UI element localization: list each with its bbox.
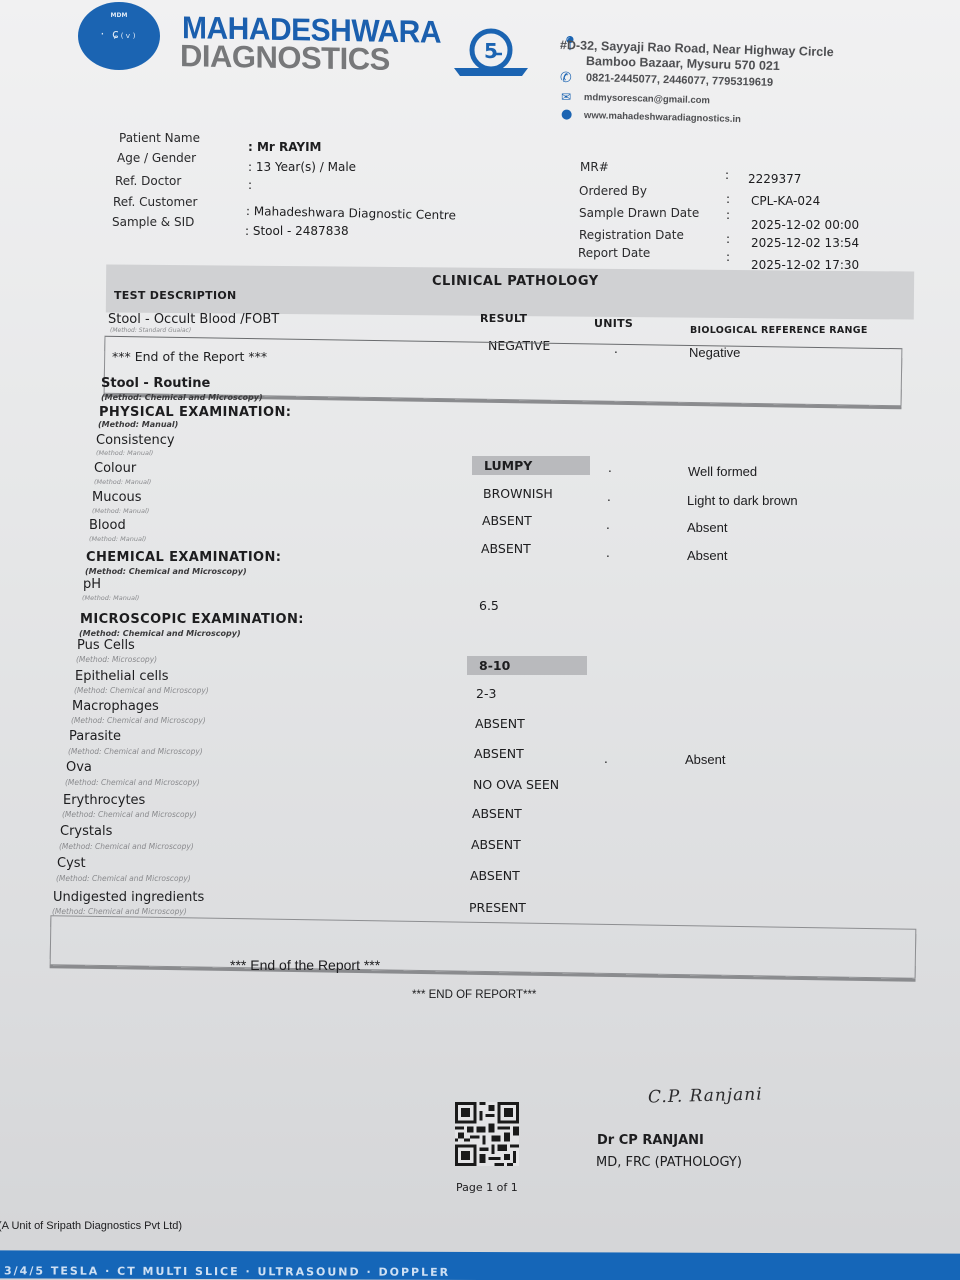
department-title: CLINICAL PATHOLOGY — [432, 274, 599, 289]
logo-tag: MDM — [78, 12, 160, 19]
pus-cells-result: 8-10 — [467, 656, 587, 675]
phone-icon: ✆ — [560, 70, 572, 86]
consistency-result: LUMPY — [472, 456, 590, 475]
physical-exam-method: (Method: Manual) — [98, 420, 178, 429]
erythrocytes-name: Erythrocytes — [63, 793, 145, 808]
colon: : — [726, 232, 730, 246]
signature: C.P. Ranjani — [648, 1085, 763, 1108]
routine-end-box — [50, 915, 917, 979]
consistency-name: Consistency — [96, 433, 175, 448]
colon: : — [726, 192, 730, 206]
brand-name-line2: DIAGNOSTICS — [180, 38, 390, 78]
fobt-test-name: Stool - Occult Blood /FOBT — [108, 312, 279, 327]
ref-doctor-value: : — [248, 178, 252, 192]
cyst-method: (Method: Chemical and Microscopy) — [56, 874, 191, 883]
phone-numbers: 0821-2445077, 2446077, 7795319619 — [586, 72, 773, 89]
ordered-by-value: CPL-KA-024 — [751, 194, 820, 208]
svg-text:5: 5 — [484, 39, 498, 63]
colour-name: Colour — [94, 461, 136, 476]
mucous-method: (Method: Manual) — [92, 507, 149, 515]
erythrocytes-result: ABSENT — [472, 806, 522, 821]
crystals-name: Crystals — [60, 824, 112, 839]
ova-name: Ova — [66, 760, 92, 775]
unit-note: (A Unit of Sripath Diagnostics Pvt Ltd) — [0, 1220, 182, 1232]
colour-method: (Method: Manual) — [94, 478, 151, 486]
fobt-method: (Method: Standard Guaiac) — [110, 327, 191, 334]
col-units: UNITS — [594, 317, 633, 330]
pus-cells-method: (Method: Microscopy) — [76, 655, 157, 664]
ph-result: 6.5 — [479, 598, 499, 613]
age-gender-value: : 13 Year(s) / Male — [248, 160, 356, 174]
ova-result: NO OVA SEEN — [473, 777, 559, 792]
pus-cells-name: Pus Cells — [77, 638, 135, 653]
mr-label: MR# — [580, 160, 609, 174]
consistency-range: Well formed — [688, 464, 757, 479]
mucous-range: Absent — [687, 520, 727, 535]
five-years-badge-icon: 5 — [452, 28, 530, 82]
patient-name-label: Patient Name — [119, 131, 200, 145]
ph-name: pH — [83, 577, 101, 592]
routine-end-note: *** End of the Report *** — [230, 957, 380, 973]
undigested-name: Undigested ingredients — [53, 890, 204, 905]
epithelial-cells-name: Epithelial cells — [75, 669, 169, 684]
parasite-result: ABSENT — [474, 746, 524, 761]
microscopic-exam-method: (Method: Chemical and Microscopy) — [79, 629, 241, 638]
parasite-units: . — [604, 752, 608, 766]
mr-value: 2229377 — [748, 172, 801, 186]
email-address[interactable]: mdmysorescan@gmail.com — [584, 92, 710, 106]
epithelial-cells-method: (Method: Chemical and Microscopy) — [74, 686, 209, 695]
blood-name: Blood — [89, 518, 126, 533]
ref-customer-label: Ref. Customer — [113, 195, 197, 209]
mucous-units: . — [606, 518, 610, 532]
macrophages-result: ABSENT — [475, 716, 525, 731]
ova-method: (Method: Chemical and Microscopy) — [65, 778, 200, 787]
routine-method: (Method: Chemical and Microscopy) — [101, 393, 263, 402]
end-of-report: *** END OF REPORT*** — [412, 989, 536, 1001]
registration-date-value: 2025-12-02 13:54 — [751, 236, 859, 250]
qr-code-icon[interactable] — [455, 1100, 519, 1168]
col-reference-range: BIOLOGICAL REFERENCE RANGE — [690, 325, 868, 336]
colour-units: . — [607, 490, 611, 504]
parasite-method: (Method: Chemical and Microscopy) — [68, 747, 203, 756]
sample-drawn-value: 2025-12-02 00:00 — [751, 218, 859, 232]
website-link[interactable]: www.mahadeshwaradiagnostics.in — [584, 110, 741, 125]
blood-range: Absent — [687, 548, 727, 563]
crystals-result: ABSENT — [471, 837, 521, 852]
ph-method: (Method: Manual) — [82, 594, 139, 602]
ref-customer-value: : Mahadeshwara Diagnostic Centre — [246, 204, 456, 222]
footer-band: 3/4/5 TESLA · CT MULTI SLICE · ULTRASOUN… — [0, 1250, 960, 1280]
routine-title: Stool - Routine — [101, 376, 210, 391]
lab-logo: MDM · ɕ₍ᵥ₎ — [78, 2, 160, 70]
col-result: RESULT — [480, 312, 527, 325]
colon: : — [726, 208, 730, 222]
sample-sid-value: : Stool - 2487838 — [245, 224, 349, 238]
crystals-method: (Method: Chemical and Microscopy) — [59, 842, 194, 851]
pathologist-name: Dr CP RANJANI — [597, 1133, 704, 1148]
parasite-name: Parasite — [69, 729, 121, 744]
sample-drawn-label: Sample Drawn Date — [579, 206, 699, 220]
page-number: Page 1 of 1 — [456, 1181, 518, 1194]
ref-doctor-label: Ref. Doctor — [115, 174, 181, 188]
blood-result: ABSENT — [481, 541, 531, 556]
undigested-result: PRESENT — [469, 900, 526, 915]
colour-range: Light to dark brown — [687, 493, 798, 508]
blood-method: (Method: Manual) — [89, 535, 146, 543]
mucous-name: Mucous — [92, 490, 142, 505]
report-date-label: Report Date — [578, 246, 650, 260]
registration-date-label: Registration Date — [579, 228, 684, 242]
sample-sid-label: Sample & SID — [112, 215, 194, 229]
globe-icon: ● — [561, 107, 572, 122]
email-icon: ✉ — [561, 90, 571, 104]
consistency-units: . — [608, 461, 612, 475]
macrophages-method: (Method: Chemical and Microscopy) — [71, 716, 206, 725]
epithelial-cells-result: 2-3 — [476, 686, 496, 701]
fobt-end-note: *** End of the Report *** — [112, 349, 267, 364]
colon: : — [725, 168, 729, 182]
report-page: MDM · ɕ₍ᵥ₎ MAHADESHWARA DIAGNOSTICS 5 📍︎… — [0, 0, 960, 1280]
mucous-result: ABSENT — [482, 513, 532, 528]
age-gender-label: Age / Gender — [117, 151, 196, 165]
colon: : — [726, 250, 730, 264]
erythrocytes-method: (Method: Chemical and Microscopy) — [62, 810, 197, 819]
chemical-exam-title: CHEMICAL EXAMINATION: — [86, 550, 281, 565]
macrophages-name: Macrophages — [72, 699, 159, 714]
cyst-name: Cyst — [57, 856, 86, 871]
consistency-method: (Method: Manual) — [96, 449, 153, 457]
microscopic-exam-title: MICROSCOPIC EXAMINATION: — [80, 612, 304, 627]
colour-result: BROWNISH — [483, 486, 553, 501]
cyst-result: ABSENT — [470, 868, 520, 883]
patient-name-value: : Mr RAYIM — [248, 140, 322, 154]
pathologist-qualification: MD, FRC (PATHOLOGY) — [596, 1155, 742, 1170]
blood-units: . — [606, 546, 610, 560]
parasite-range: Absent — [685, 752, 725, 767]
physical-exam-title: PHYSICAL EXAMINATION: — [99, 405, 291, 420]
col-test-description: TEST DESCRIPTION — [114, 289, 237, 302]
logo-emblem-icon: · ɕ₍ᵥ₎ — [78, 27, 160, 41]
footer-band-text: 3/4/5 TESLA · CT MULTI SLICE · ULTRASOUN… — [4, 1264, 450, 1279]
chemical-exam-method: (Method: Chemical and Microscopy) — [85, 567, 247, 576]
ordered-by-label: Ordered By — [579, 184, 647, 198]
